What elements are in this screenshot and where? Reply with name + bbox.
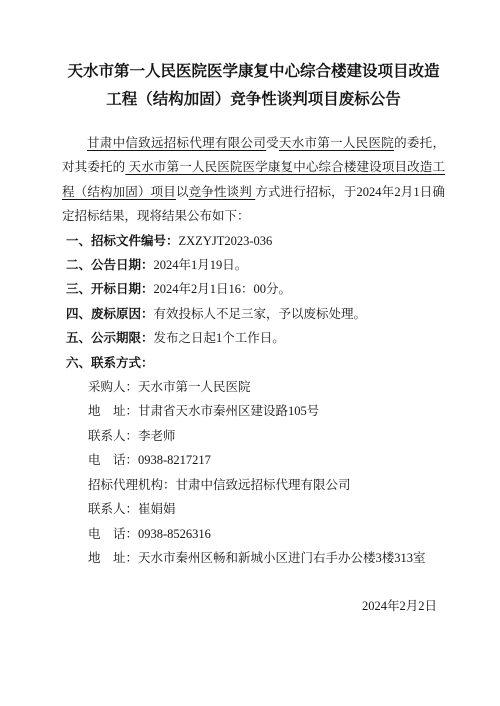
contact-value: 0938-8526316 [138,527,211,541]
numbered-item-cancel-reason: 四、废标原因：有效投标人不足三家，予以废标处理。 [66,302,445,326]
contact-label: 电 话： [88,527,138,541]
contact-label: 地 址： [88,404,138,418]
item-value: 2024年2月1日16：00分。 [154,282,292,296]
intro-segment: 以 [176,185,189,199]
contact-line-purchaser-address: 地 址：甘肃省天水市秦州区建设路105号 [88,399,445,423]
contact-value: 崔娟娟 [138,502,176,516]
numbered-items: 一、招标文件编号：ZXZYJT2023-036 二、公告日期：2024年1月19… [66,229,445,375]
contact-value: 甘肃中信致远招标代理有限公司 [176,478,351,492]
contact-label: 招标代理机构： [88,478,176,492]
item-label: 二、公告日期： [66,258,154,272]
contact-line-purchaser: 采购人：天水市第一人民医院 [88,375,445,399]
contact-value: 李老师 [138,429,176,443]
contact-value: 天水市秦州区畅和新城小区进门右手办公楼3楼313室 [138,551,426,565]
item-label: 三、开标日期： [66,282,154,296]
document-page: 天水市第一人民医院医学康复中心综合楼建设项目改造 工程（结构加固）竞争性谈判项目… [0,0,500,706]
title-line-1: 天水市第一人民医院医学康复中心综合楼建设项目改造 [62,58,445,86]
contact-line-agency-person: 联系人：崔娟娟 [88,497,445,521]
item-label: 五、公示期限： [66,331,154,345]
intro-segment: 受 [266,136,279,150]
intro-paragraph: 甘肃中信致远招标代理有限公司受天水市第一人民医院的委托，对其委托的 天水市第一人… [62,131,445,229]
contact-line-agency-phone: 电 话：0938-8526316 [88,522,445,546]
intro-segment-purchaser-name: 天水市第一人民医院 [279,136,394,150]
contact-line-agency: 招标代理机构：甘肃中信致远招标代理有限公司 [88,473,445,497]
document-date: 2024年2月2日 [62,594,445,618]
contact-label: 地 址： [88,551,138,565]
item-label: 四、废标原因： [66,307,154,321]
document-body: 甘肃中信致远招标代理有限公司受天水市第一人民医院的委托，对其委托的 天水市第一人… [62,131,445,619]
item-value: 发布之日起1个工作日。 [154,331,285,345]
numbered-item-open-date: 三、开标日期：2024年2月1日16：00分。 [66,277,445,301]
numbered-item-doc-number: 一、招标文件编号：ZXZYJT2023-036 [66,229,445,253]
contact-line-purchaser-phone: 电 话：0938-8217217 [88,448,445,472]
contact-label: 联系人： [88,502,138,516]
contact-label: 采购人： [88,380,138,394]
document-title: 天水市第一人民医院医学康复中心综合楼建设项目改造 工程（结构加固）竞争性谈判项目… [62,58,445,114]
contact-line-agency-address: 地 址：天水市秦州区畅和新城小区进门右手办公楼3楼313室 [88,546,445,570]
title-line-2: 工程（结构加固）竞争性谈判项目废标公告 [62,86,445,114]
numbered-item-publicity-period: 五、公示期限：发布之日起1个工作日。 [66,326,445,350]
contact-label: 电 话： [88,453,138,467]
item-value: ZXZYJT2023-036 [179,234,273,248]
item-label: 一、招标文件编号： [66,234,179,248]
item-label: 六、联系方式： [66,356,154,370]
contact-line-purchaser-person: 联系人：李老师 [88,424,445,448]
contact-value: 天水市第一人民医院 [138,380,251,394]
numbered-item-announce-date: 二、公告日期：2024年1月19日。 [66,253,445,277]
intro-segment-procurement-method: 竞争性谈判 [189,185,256,199]
item-value: 有效投标人不足三家，予以废标处理。 [154,307,367,321]
intro-segment-agency-name: 甘肃中信致远招标代理有限公司 [87,136,266,150]
contact-label: 联系人： [88,429,138,443]
contact-value: 甘肃省天水市秦州区建设路105号 [138,404,319,418]
item-value: 2024年1月19日。 [154,258,248,272]
contact-section: 采购人：天水市第一人民医院 地 址：甘肃省天水市秦州区建设路105号 联系人：李… [88,375,445,570]
contact-value: 0938-8217217 [138,453,211,467]
numbered-item-contact-info: 六、联系方式： [66,351,445,375]
